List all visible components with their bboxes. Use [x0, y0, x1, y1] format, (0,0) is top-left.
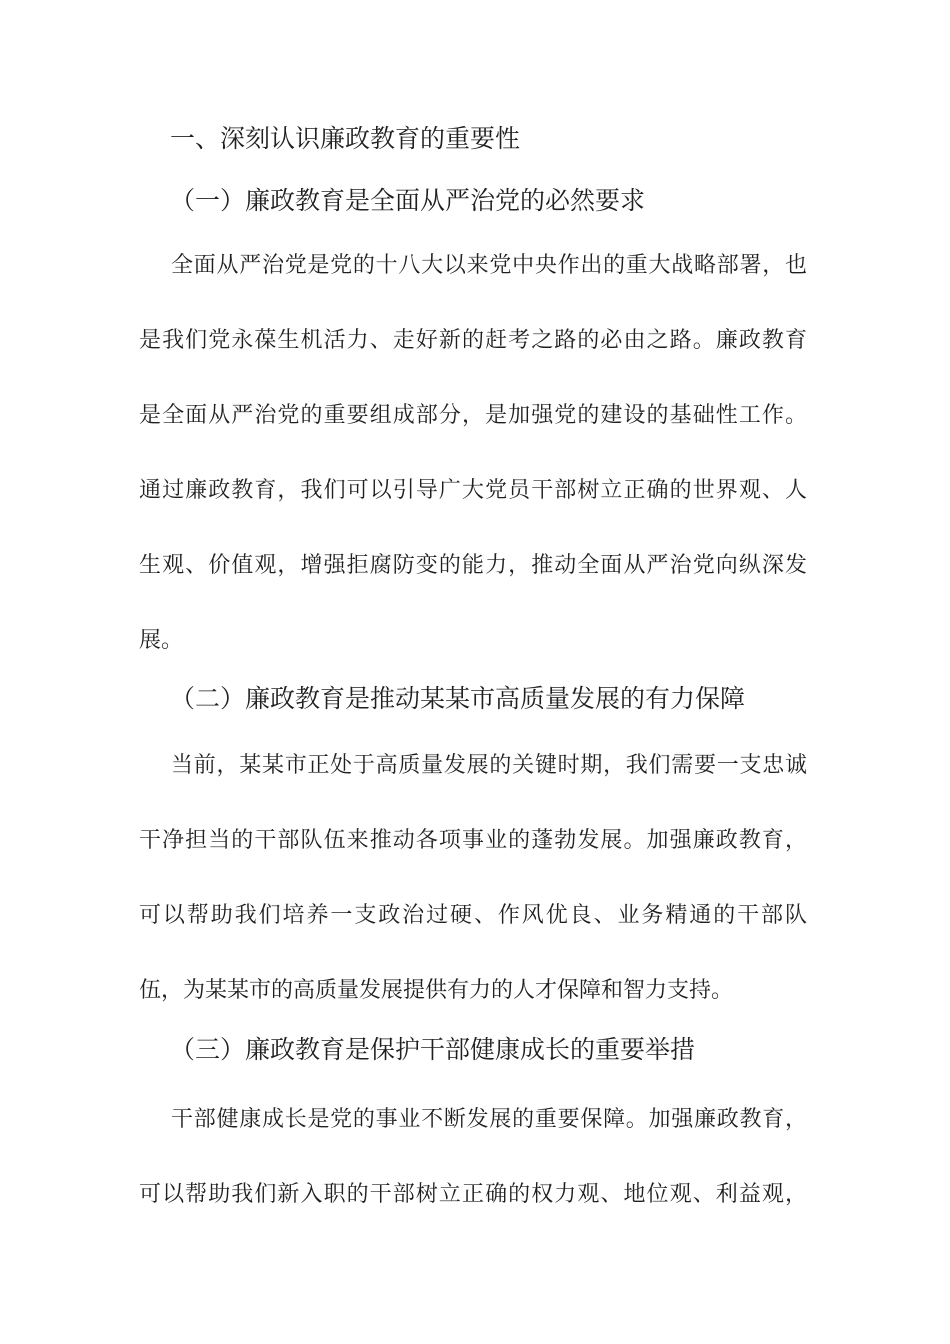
text-line: 通过廉政教育，我们可以引导广大党员干部树立正确的世界观、人 — [139, 452, 807, 527]
paragraph: 全面从严治党是党的十八大以来党中央作出的重大战略部署，也 是我们党永葆生机活力、… — [139, 227, 807, 677]
paragraph: 当前，某某市正处于高质量发展的关键时期，我们需要一支忠诚 干净担当的干部队伍来推… — [139, 727, 807, 1027]
document-page: 一、深刻认识廉政教育的重要性 （一）廉政教育是全面从严治党的必然要求 全面从严治… — [0, 109, 807, 1231]
text-line: 可以帮助我们培养一支政治过硬、作风优良、业务精通的干部队 — [139, 877, 807, 952]
text-line: 伍，为某某市的高质量发展提供有力的人才保障和智力支持。 — [139, 952, 807, 1027]
text-line: 干净担当的干部队伍来推动各项事业的蓬勃发展。加强廉政教育， — [139, 802, 807, 877]
subsection-heading: （一）廉政教育是全面从严治党的必然要求 — [139, 171, 807, 233]
text-line: 展。 — [139, 602, 807, 677]
text-line: 是我们党永葆生机活力、走好新的赶考之路的必由之路。廉政教育 — [139, 302, 807, 377]
text-line: 是全面从严治党的重要组成部分，是加强党的建设的基础性工作。 — [139, 377, 807, 452]
section-heading: 一、深刻认识廉政教育的重要性 — [139, 109, 807, 171]
subsection-heading: （二）廉政教育是推动某某市高质量发展的有力保障 — [139, 669, 807, 731]
text-line: 可以帮助我们新入职的干部树立正确的权力观、地位观、利益观， — [139, 1156, 807, 1231]
subsection-heading: （三）廉政教育是保护干部健康成长的重要举措 — [139, 1020, 807, 1082]
text-line: 生观、价值观，增强拒腐防变的能力，推动全面从严治党向纵深发 — [139, 527, 807, 602]
text-line: 全面从严治党是党的十八大以来党中央作出的重大战略部署，也 — [139, 227, 807, 302]
text-line: 当前，某某市正处于高质量发展的关键时期，我们需要一支忠诚 — [139, 727, 807, 802]
paragraph: 干部健康成长是党的事业不断发展的重要保障。加强廉政教育， 可以帮助我们新入职的干… — [139, 1081, 807, 1231]
text-line: 干部健康成长是党的事业不断发展的重要保障。加强廉政教育， — [139, 1081, 807, 1156]
